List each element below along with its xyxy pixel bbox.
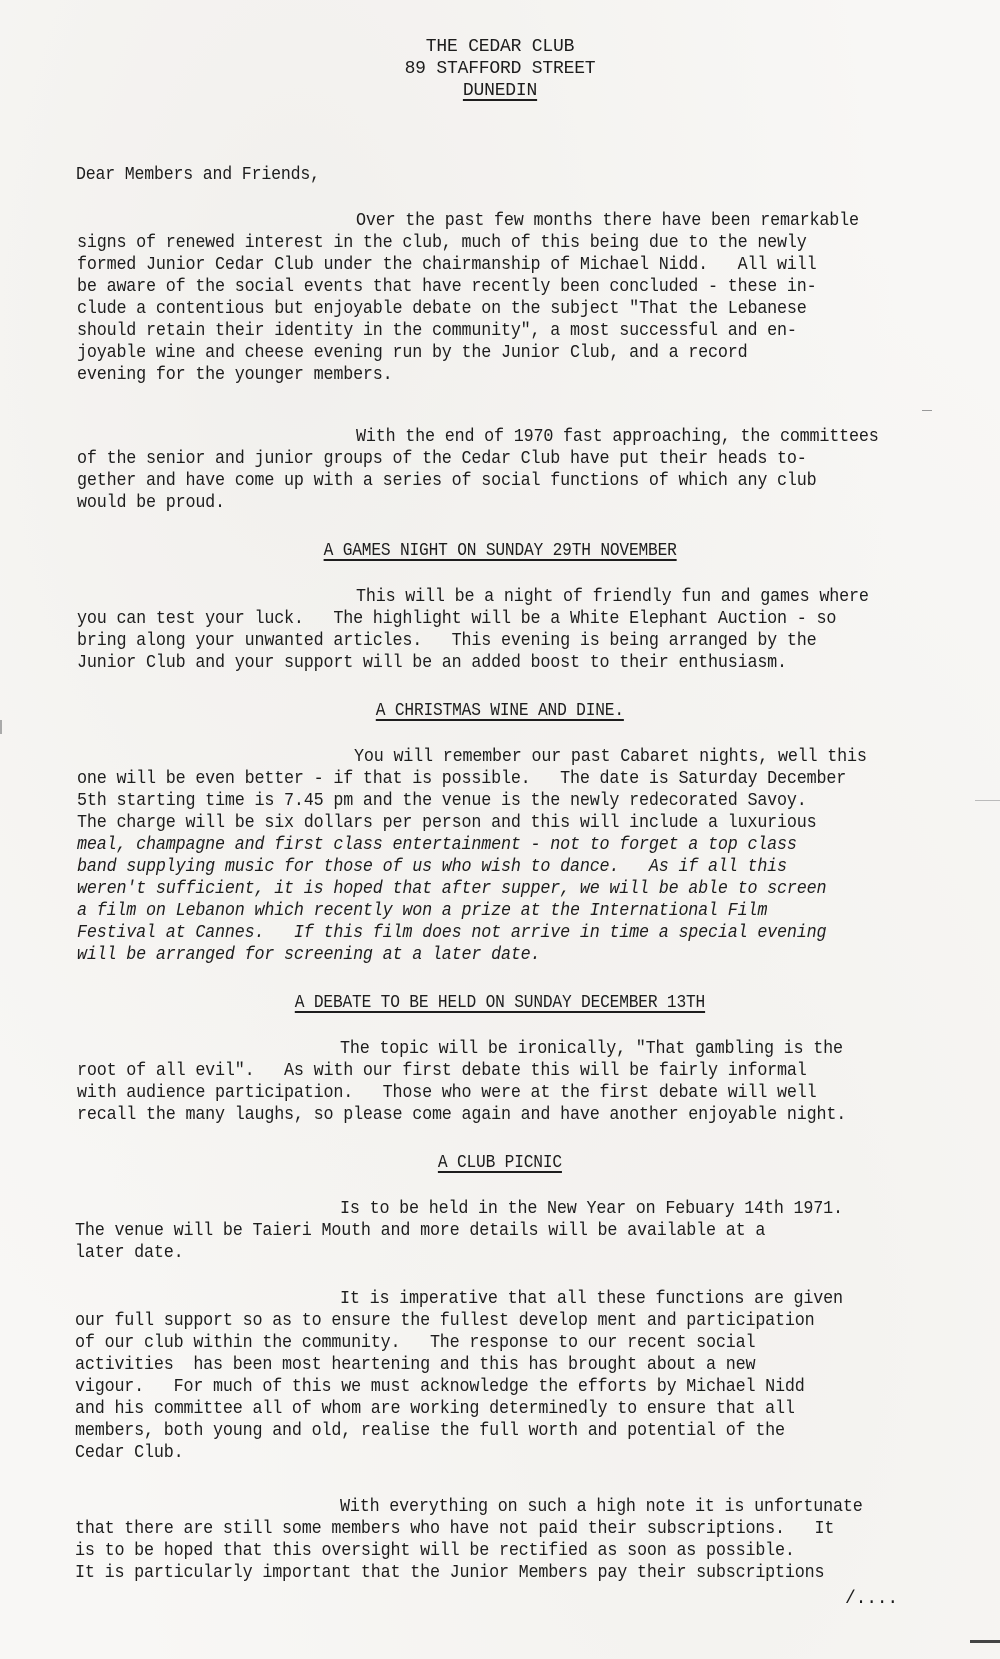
paragraph-line: one will be even better - if that is pos… [77, 768, 846, 790]
paper-mark [970, 1640, 1000, 1643]
paragraph-line: with audience participation. Those who w… [77, 1082, 816, 1104]
paragraph-line: gether and have come up with a series of… [77, 470, 816, 492]
paragraph-line: you can test your luck. The highlight wi… [77, 608, 836, 630]
paragraph-line: our full support so as to ensure the ful… [75, 1310, 814, 1332]
paragraph-line: The venue will be Taieri Mouth and more … [75, 1220, 765, 1242]
continuation-mark: /.... [845, 1588, 898, 1610]
club-street: 89 STAFFORD STREET [0, 58, 1000, 80]
paragraph-line: The topic will be ironically, "That gamb… [340, 1038, 843, 1060]
paragraph-line: evening for the younger members. [77, 364, 393, 386]
paragraph-line: signs of renewed interest in the club, m… [77, 232, 807, 254]
paragraph-line: that there are still some members who ha… [75, 1518, 834, 1540]
paragraph-line: would be proud. [77, 492, 225, 514]
paragraph-line: You will remember our past Cabaret night… [354, 746, 867, 768]
paragraph-line: will be arranged for screening at a late… [77, 944, 540, 966]
paragraph-line: Festival at Cannes. If this film does no… [77, 922, 826, 944]
section-heading: A GAMES NIGHT ON SUNDAY 29TH NOVEMBER [323, 540, 676, 562]
paragraph-line: meal, champagne and first class entertai… [77, 834, 797, 856]
paper-mark [922, 410, 932, 411]
paragraph-line: It is imperative that all these function… [340, 1288, 843, 1310]
paragraph-line: is to be hoped that this oversight will … [75, 1540, 795, 1562]
paragraph-line: Over the past few months there have been… [356, 210, 859, 232]
paragraph-line: This will be a night of friendly fun and… [356, 586, 869, 608]
paragraph-line: With the end of 1970 fast approaching, t… [356, 426, 879, 448]
paragraph-line: vigour. For much of this we must acknowl… [75, 1376, 805, 1398]
paragraph-line: Junior Club and your support will be an … [77, 652, 787, 674]
section-heading: A DEBATE TO BE HELD ON SUNDAY DECEMBER 1… [295, 992, 705, 1014]
paragraph-line: be aware of the social events that have … [77, 276, 816, 298]
paragraph-line: Is to be held in the New Year on Febuary… [340, 1198, 843, 1220]
paragraph-line: and his committee all of whom are workin… [75, 1398, 795, 1420]
paragraph-line: later date. [75, 1242, 183, 1264]
paragraph-line: of our club within the community. The re… [75, 1332, 755, 1354]
paragraph-line: bring along your unwanted articles. This… [77, 630, 816, 652]
paragraph-line: joyable wine and cheese evening run by t… [77, 342, 747, 364]
club-city: DUNEDIN [463, 81, 537, 101]
paper-mark [975, 800, 1000, 801]
paragraph-line: 5th starting time is 7.45 pm and the ven… [77, 790, 807, 812]
paragraph-line: a film on Lebanon which recently won a p… [77, 900, 767, 922]
paragraph-line: root of all evil". As with our first deb… [77, 1060, 807, 1082]
paragraph-line: It is particularly important that the Ju… [75, 1562, 824, 1584]
club-name: THE CEDAR CLUB [0, 36, 1000, 58]
paragraph-line: recall the many laughs, so please come a… [77, 1104, 846, 1126]
paragraph-line: should retain their identity in the comm… [77, 320, 797, 342]
paragraph-line: Cedar Club. [75, 1442, 183, 1464]
section-heading: A CHRISTMAS WINE AND DINE. [376, 700, 624, 722]
paragraph-line: clude a contentious but enjoyable debate… [77, 298, 807, 320]
paragraph-line: formed Junior Cedar Club under the chair… [77, 254, 816, 276]
paragraph-line: weren't sufficient, it is hoped that aft… [77, 878, 826, 900]
paper-mark [0, 720, 2, 734]
paragraph-line: band supplying music for those of us who… [77, 856, 787, 878]
paragraph-line: The charge will be six dollars per perso… [77, 812, 816, 834]
paragraph-line: activities has been most heartening and … [75, 1354, 755, 1376]
salutation: Dear Members and Friends, [76, 164, 320, 186]
section-heading: A CLUB PICNIC [438, 1152, 562, 1174]
paragraph-line: of the senior and junior groups of the C… [77, 448, 807, 470]
paragraph-line: With everything on such a high note it i… [340, 1496, 863, 1518]
paragraph-line: members, both young and old, realise the… [75, 1420, 785, 1442]
